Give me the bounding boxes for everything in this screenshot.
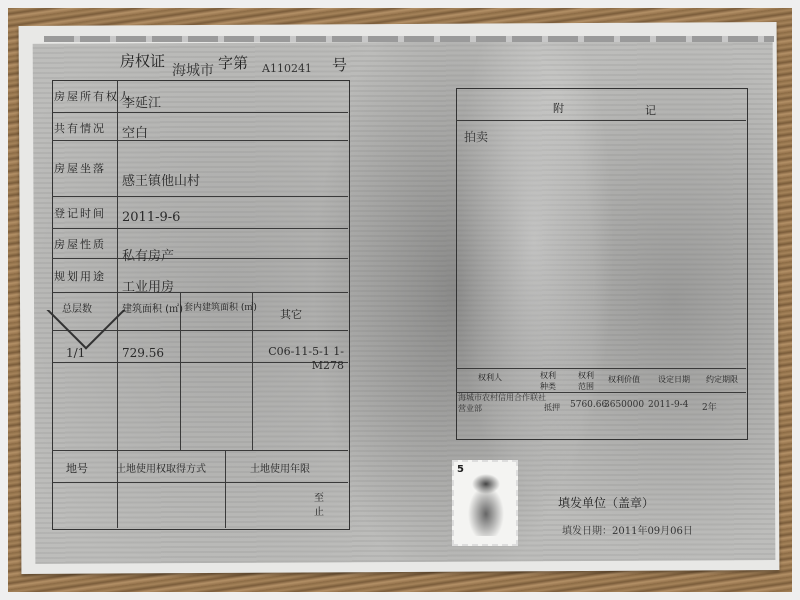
cert-suffix: 号 — [332, 54, 347, 75]
rights-type: 抵押 — [544, 402, 560, 413]
header-inner-area: 套内建筑面积 (㎡) — [184, 300, 257, 313]
divider — [52, 258, 348, 259]
divider — [225, 450, 226, 528]
rights-header-holder: 权利人 — [478, 372, 502, 383]
label-owner: 房屋所有权人 — [54, 88, 132, 104]
value-co-ownership: 空白 — [122, 122, 148, 141]
divider — [52, 482, 348, 483]
top-edge-strip — [44, 36, 774, 42]
rights-date: 2011-9-4 — [648, 400, 688, 410]
cert-city: 海城市 — [172, 60, 214, 80]
value-property-nature: 私有房产 — [122, 245, 174, 264]
rights-holder: 海城市农村信用合作联社营业部 — [458, 392, 548, 414]
value-register-date: 2011-9-6 — [122, 210, 180, 225]
label-property-nature: 房屋性质 — [54, 236, 106, 252]
divider — [180, 292, 181, 450]
value-other: C06-11-5-1 1-M278 — [256, 345, 344, 373]
label-co-ownership: 共有情况 — [54, 120, 106, 136]
rights-header-date: 设定日期 — [658, 374, 690, 385]
divider — [52, 228, 348, 229]
remarks-title-left: 附 — [553, 100, 564, 116]
rights-header-value: 权利价值 — [608, 374, 640, 385]
divider — [252, 292, 253, 450]
postage-stamp: 5 — [452, 460, 518, 546]
remarks-table — [456, 88, 748, 440]
header-land-number: 地号 — [66, 460, 88, 476]
cert-label: 房权证 — [120, 50, 165, 71]
rights-term: 2年 — [702, 400, 717, 413]
cert-number: A110241 — [262, 62, 312, 75]
value-planned-use: 工业用房 — [122, 276, 174, 295]
header-other: 其它 — [280, 306, 302, 322]
header-area: 建筑面积 (㎡) — [122, 300, 183, 315]
label-register-date: 登记时间 — [54, 205, 106, 221]
header-land-acquisition: 土地使用权取得方式 — [116, 460, 206, 475]
stamp-denomination: 5 — [457, 464, 464, 475]
rights-header-term: 约定期限 — [706, 374, 738, 385]
divider — [52, 196, 348, 197]
issue-date: 填发日期：2011年09月06日 — [562, 522, 693, 537]
label-location: 房屋坐落 — [54, 160, 106, 176]
stamp-figure-icon — [464, 472, 508, 536]
value-location: 感王镇他山村 — [122, 170, 200, 189]
divider — [52, 450, 348, 451]
divider — [456, 368, 746, 369]
divider — [52, 112, 348, 113]
remarks-note: 拍卖 — [464, 128, 488, 145]
value-area: 729.56 — [122, 346, 164, 360]
issuer-label: 填发单位（盖章） — [558, 494, 654, 511]
cert-word-label: 字第 — [218, 52, 248, 73]
land-term-note: 至 止 — [314, 492, 324, 520]
rights-scope: 5760.66 — [570, 400, 607, 410]
rights-value: 3650000 — [604, 400, 644, 410]
header-land-term: 土地使用年限 — [250, 460, 310, 475]
divider — [52, 140, 348, 141]
rights-header-type: 权利种类 — [540, 370, 558, 392]
value-floors: 1/1 — [66, 346, 85, 360]
rights-header-scope: 权利范围 — [578, 370, 596, 392]
header-floors: 总层数 — [62, 300, 92, 315]
value-owner: 李延江 — [122, 92, 161, 111]
remarks-title-right: 记 — [645, 102, 656, 118]
divider — [456, 120, 746, 121]
